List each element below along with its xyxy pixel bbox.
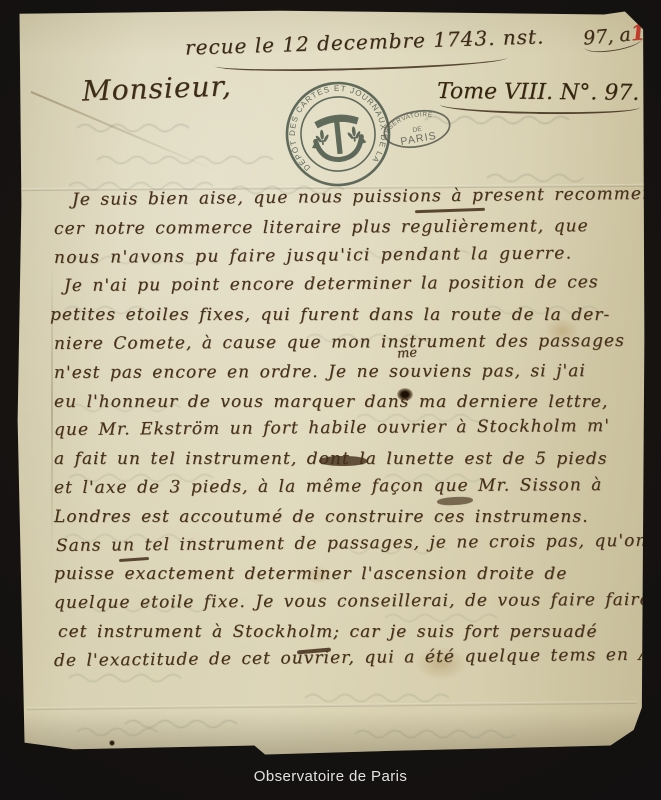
handwritten-line: Sans un tel instrument de passages, je n… <box>56 527 629 561</box>
photo-caption: Observatoire de Paris <box>0 768 661 785</box>
handwritten-line: puisse exactement determiner l'ascension… <box>54 560 629 589</box>
handwritten-line: et l'axe de 3 pieds, à la même façon que… <box>54 471 629 503</box>
handwritten-line: niere Comete, à cause que mon instrument… <box>54 327 629 359</box>
handwritten-line: quelque etoile fixe. Je vous conseillera… <box>54 586 629 618</box>
handwritten-line: Je n'ai pu point encore determiner la po… <box>64 268 629 301</box>
handwritten-line: n'est pas encore en ordre. Je ne souvien… <box>54 357 629 388</box>
archive-corner-number: 97, a1 <box>582 19 646 49</box>
corner-number-ink: 97, a <box>582 24 631 50</box>
photo-frame: DÉPÔT DES CARTES ET JOURNAUX DE LA MARIN… <box>0 0 661 800</box>
corner-number-red-digit: 1 <box>629 19 646 45</box>
handwritten-line: de l'exactitude de cet ouvrier, qui a ét… <box>54 641 629 676</box>
handwritten-line: Je suis bien aise, que nous puissions à … <box>72 180 629 215</box>
salutation: Monsieur, <box>81 69 232 107</box>
reception-note: recue le 12 decembre 1743. nst. <box>185 24 545 59</box>
handwritten-line: a fait un tel instrument, dont la lunett… <box>54 445 629 474</box>
handwritten-line: que Mr. Ekström un fort habile ouvrier à… <box>54 412 629 445</box>
paper-stain <box>253 754 263 761</box>
letter-page: DÉPÔT DES CARTES ET JOURNAUX DE LA MARIN… <box>17 10 645 756</box>
volume-reference: Tome VIII. N°. 97. a. <box>437 79 661 106</box>
letter-body: Je suis bien aise, que nous puissions à … <box>54 186 629 676</box>
handwritten-line: petites etoiles fixes, qui furent dans l… <box>50 301 629 330</box>
handwritten-line: nous n'avons pu faire jusqu'ici pendant … <box>54 239 629 273</box>
